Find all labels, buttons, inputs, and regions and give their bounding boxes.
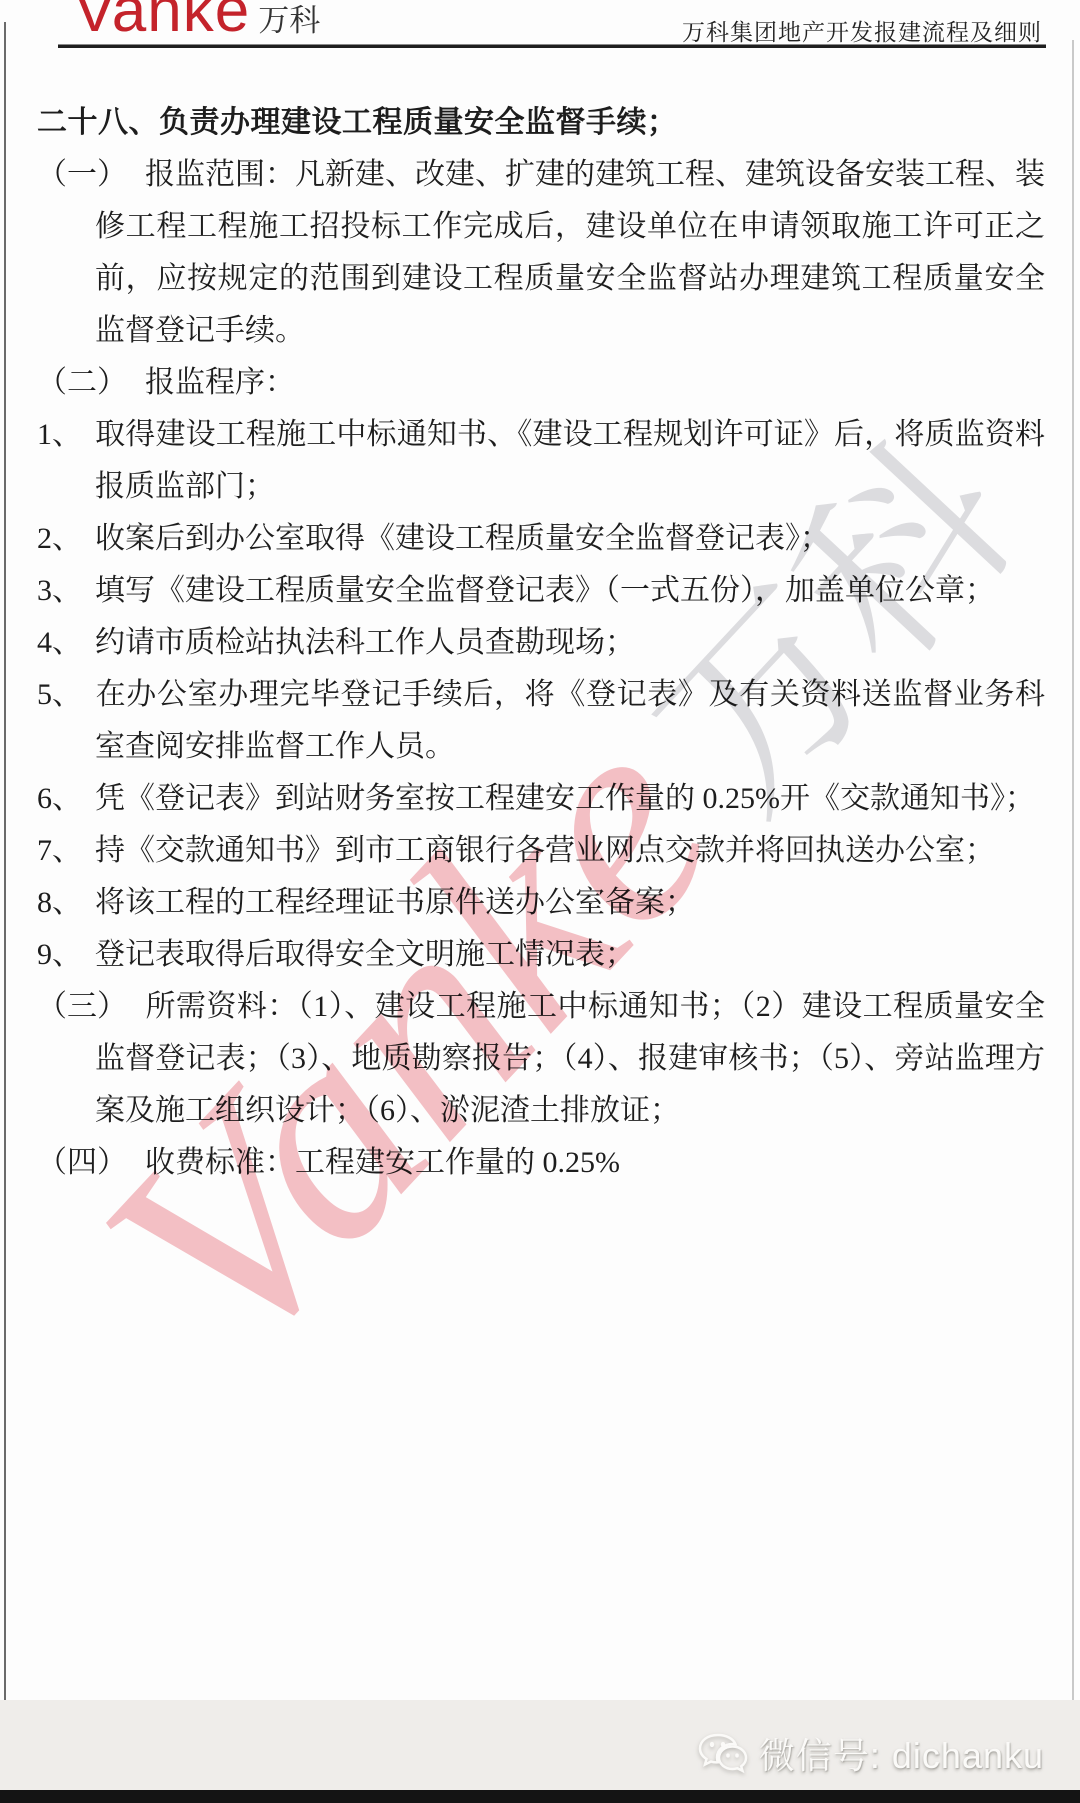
wechat-icon <box>697 1731 749 1777</box>
paragraph: （三）所需资料：（1）、建设工程施工中标通知书；（2）建设工程质量安全监督登记表… <box>37 981 1045 1137</box>
vanke-logo-latin: Vanke <box>74 0 250 42</box>
vanke-logo: Vanke 万科 <box>74 0 320 42</box>
page-edge-left <box>4 22 6 1789</box>
paragraph-text: 报监范围：凡新建、改建、扩建的建筑工程、建筑设备安装工程、装修工程工程施工招投标… <box>95 158 1045 347</box>
list-item: 7、持《交款通知书》到市工商银行各营业网点交款并将回执送办公室； <box>37 825 1045 877</box>
list-item: 1、取得建设工程施工中标通知书、《建设工程规划许可证》后，将质监资料报质监部门； <box>37 409 1045 513</box>
list-item-text: 登记表取得后取得安全文明施工情况表； <box>95 938 635 971</box>
paragraph: （四）收费标准：工程建安工作量的 0.25% <box>37 1137 1045 1189</box>
list-item-marker: 2、 <box>37 513 95 565</box>
paragraph-marker: （一） <box>37 149 145 201</box>
list-item-text: 取得建设工程施工中标通知书、《建设工程规划许可证》后，将质监资料报质监部门； <box>95 418 1045 503</box>
list-item-marker: 4、 <box>37 617 95 669</box>
list-item: 6、凭《登记表》到站财务室按工程建安工作量的 0.25%开《交款通知书》； <box>37 773 1045 825</box>
page-edge-right <box>1072 40 1074 1789</box>
list-item-text: 填写《建设工程质量安全监督登记表》（一式五份），加盖单位公章； <box>95 574 995 607</box>
list-item-marker: 1、 <box>37 409 95 461</box>
list-item-text: 将该工程的工程经理证书原件送办公室备案； <box>95 886 695 919</box>
list-item-marker: 7、 <box>37 825 95 877</box>
paragraph-marker: （二） <box>37 357 145 409</box>
list-item: 9、登记表取得后取得安全文明施工情况表； <box>37 929 1045 981</box>
list-item-marker: 3、 <box>37 565 95 617</box>
list-item: 8、将该工程的工程经理证书原件送办公室备案； <box>37 877 1045 929</box>
document-page: { "header": { "logo_latin": "Vanke", "lo… <box>0 0 1080 1803</box>
list-item: 2、收案后到办公室取得《建设工程质量安全监督登记表》； <box>37 513 1045 565</box>
section-title: 二十八、负责办理建设工程质量安全监督手续； <box>37 97 1045 149</box>
list-item-text: 约请市质检站执法科工作人员查勘现场； <box>95 626 635 659</box>
wechat-id-label: 微信号: dichanku <box>759 1728 1044 1779</box>
document-body: 二十八、负责办理建设工程质量安全监督手续； （一）报监范围：凡新建、改建、扩建的… <box>37 97 1045 1189</box>
header-rule <box>58 44 1046 48</box>
list-item-marker: 9、 <box>37 929 95 981</box>
list-item-marker: 6、 <box>37 773 95 825</box>
paragraph-marker: （三） <box>37 981 145 1033</box>
paragraph: （一）报监范围：凡新建、改建、扩建的建筑工程、建筑设备安装工程、装修工程工程施工… <box>37 149 1045 357</box>
list-item: 3、填写《建设工程质量安全监督登记表》（一式五份），加盖单位公章； <box>37 565 1045 617</box>
vanke-logo-cjk: 万科 <box>258 5 320 36</box>
list-item-marker: 5、 <box>37 669 95 721</box>
bottom-bar <box>0 1790 1080 1803</box>
list-item-text: 在办公室办理完毕登记手续后，将《登记表》及有关资料送监督业务科室查阅安排监督工作… <box>95 678 1045 763</box>
list-item: 4、约请市质检站执法科工作人员查勘现场； <box>37 617 1045 669</box>
paragraph-text: 所需资料：（1）、建设工程施工中标通知书；（2）建设工程质量安全监督登记表；（3… <box>95 990 1045 1127</box>
paragraph-text: 收费标准：工程建安工作量的 0.25% <box>145 1146 620 1179</box>
list-item: 5、在办公室办理完毕登记手续后，将《登记表》及有关资料送监督业务科室查阅安排监督… <box>37 669 1045 773</box>
list-item-text: 凭《登记表》到站财务室按工程建安工作量的 0.25%开《交款通知书》； <box>95 782 1035 815</box>
document-header-title: 万科集团地产开发报建流程及细则 <box>682 14 1042 47</box>
footer-band: 微信号: dichanku <box>0 1700 1080 1790</box>
list-item-marker: 8、 <box>37 877 95 929</box>
list-item-text: 持《交款通知书》到市工商银行各营业网点交款并将回执送办公室； <box>95 834 995 867</box>
paragraph-text: 报监程序： <box>145 366 295 399</box>
list-item-text: 收案后到办公室取得《建设工程质量安全监督登记表》； <box>95 522 830 555</box>
paragraph: （二）报监程序： <box>37 357 1045 409</box>
wechat-credit: 微信号: dichanku <box>697 1728 1044 1779</box>
paragraph-marker: （四） <box>37 1137 145 1189</box>
